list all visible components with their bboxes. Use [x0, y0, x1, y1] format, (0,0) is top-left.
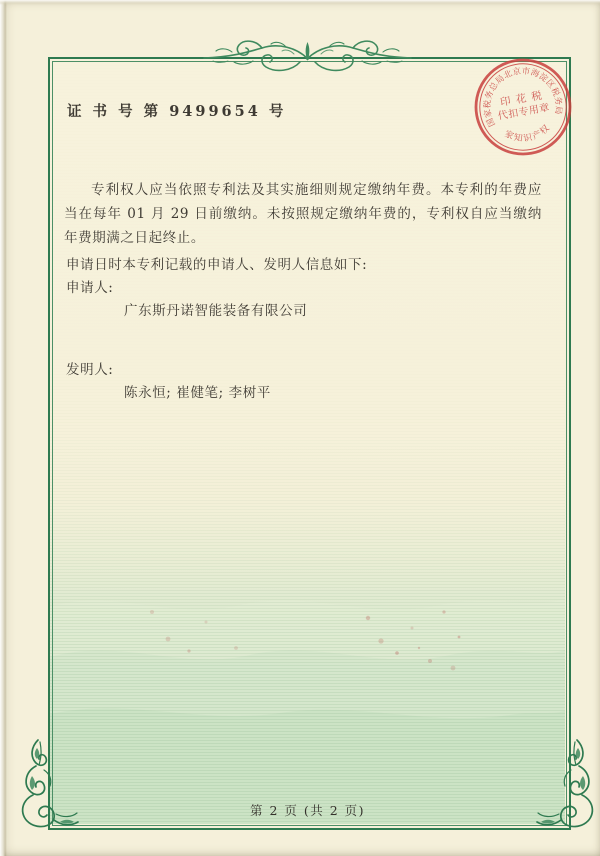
scan-left-edge — [0, 0, 7, 856]
applicant-label: 申请人: — [66, 277, 367, 300]
info-heading: 申请日时本专利记载的申请人、发明人信息如下: — [66, 254, 367, 277]
certificate-number: 证 书 号 第 9499654 号 — [67, 100, 286, 121]
page-number-footer: 第 2 页 (共 2 页) — [48, 801, 567, 819]
red-seal-stamp: 国家税务总局北京市海淀区税务局 印 花 税 代扣专用章 国家知识产权局 — [459, 43, 586, 170]
inventor-info-block: 发明人: 陈永恒; 崔健笔; 李树平 — [66, 359, 271, 405]
inventor-label: 发明人: — [66, 359, 271, 382]
applicant-info-block: 申请日时本专利记载的申请人、发明人信息如下: 申请人: 广东斯丹诺智能装备有限公… — [66, 254, 367, 323]
scan-top-edge — [0, 0, 600, 5]
annuity-paragraph: 专利权人应当依照专利法及其实施细则规定缴纳年费。本专利的年费应当在每年 01 月… — [64, 178, 542, 250]
inventor-names: 陈永恒; 崔健笔; 李树平 — [124, 382, 271, 405]
applicant-name: 广东斯丹诺智能装备有限公司 — [124, 300, 367, 323]
